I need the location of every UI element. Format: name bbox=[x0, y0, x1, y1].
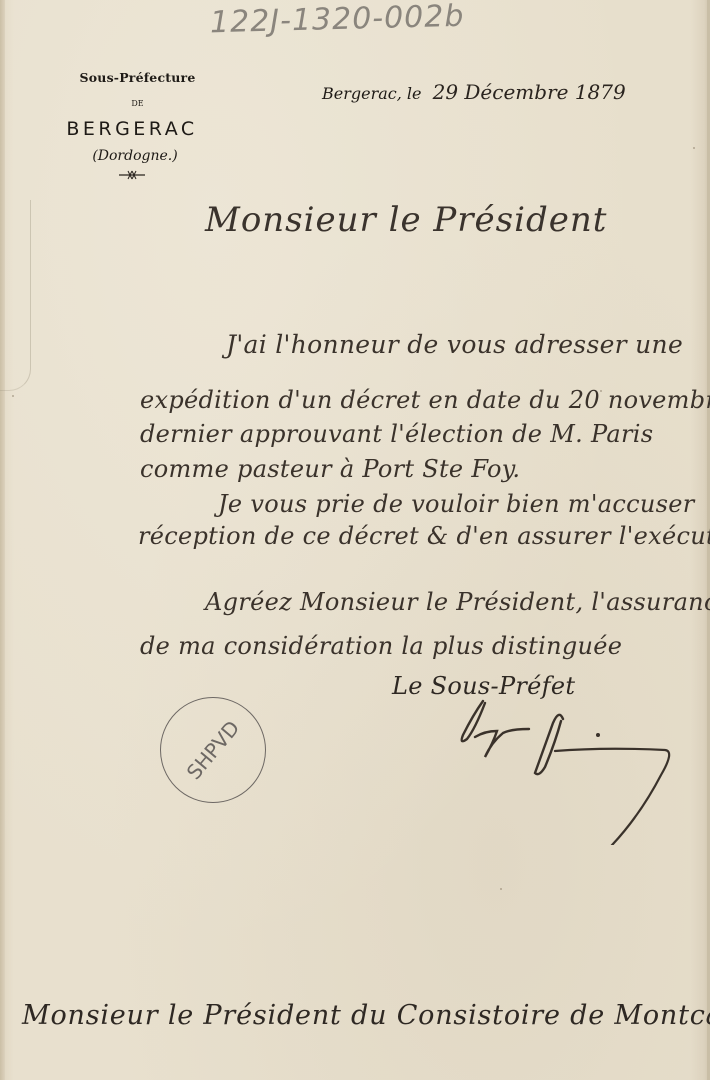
paper-speck bbox=[600, 390, 602, 392]
letter-line: J'ai l'honneur de vous adresser une bbox=[226, 330, 683, 359]
recipient-address: Monsieur le Président du Consistoire de … bbox=[22, 1000, 710, 1031]
letterhead: Sous-Préfecture DE BERGERAC (Dordogne.) bbox=[20, 70, 240, 183]
letter-line: Je vous prie de vouloir bien m'accuser bbox=[218, 490, 695, 518]
letter-line: dernier approuvant l'élection de M. Pari… bbox=[140, 420, 653, 448]
letter-line: Agréez Monsieur le Président, l'assuranc… bbox=[205, 588, 710, 616]
letter-line: comme pasteur à Port Ste Foy. bbox=[140, 455, 520, 483]
paper-speck bbox=[500, 888, 502, 890]
letter-line: de ma considération la plus distinguée bbox=[140, 632, 622, 660]
paper-speck bbox=[12, 395, 14, 397]
archive-reference: 122J-1320-002b bbox=[210, 0, 465, 40]
letter-line: expédition d'un décret en date du 20 nov… bbox=[140, 386, 710, 414]
archive-stamp: SHPVD bbox=[160, 697, 266, 803]
salutation: Monsieur le Président bbox=[205, 200, 607, 240]
letterhead-preposition: DE bbox=[35, 99, 240, 108]
signature-icon bbox=[455, 695, 695, 845]
stamp-text: SHPVD bbox=[140, 677, 287, 824]
letter-line: réception de ce décret & d'en assurer l'… bbox=[138, 522, 710, 550]
dateline-printed: Bergerac, le bbox=[322, 84, 422, 103]
paper-speck bbox=[693, 147, 695, 149]
dateline-handwritten: 29 Décembre 1879 bbox=[433, 80, 626, 104]
dateline: Bergerac, le 29 Décembre 1879 bbox=[322, 80, 626, 104]
paper-crease bbox=[0, 200, 31, 391]
letterhead-town: BERGERAC bbox=[24, 118, 240, 140]
letter-page: 122J-1320-002b Sous-Préfecture DE BERGER… bbox=[0, 0, 710, 1080]
left-page-edge bbox=[0, 0, 5, 1080]
ornament-icon bbox=[24, 170, 240, 183]
letterhead-department: (Dordogne.) bbox=[30, 148, 240, 164]
letterhead-office: Sous-Préfecture bbox=[35, 70, 240, 85]
